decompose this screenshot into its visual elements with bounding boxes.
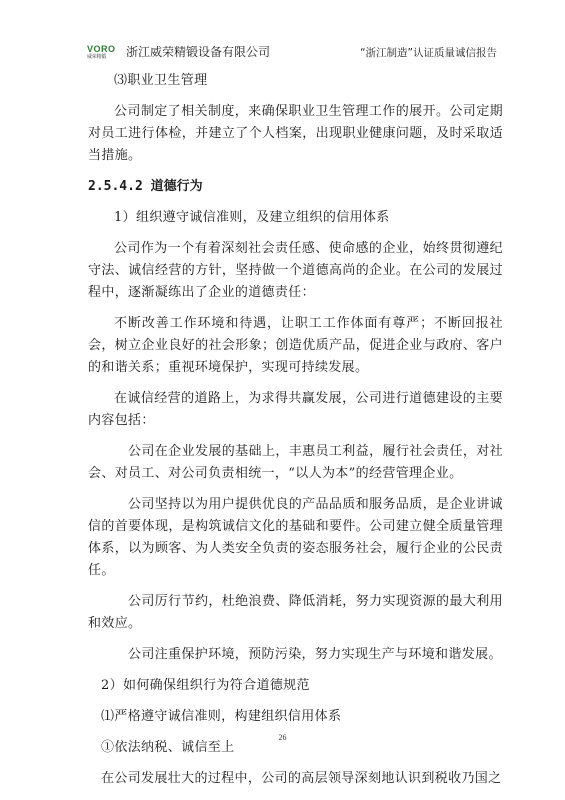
section-heading: 2.5.4.2 道德行为	[88, 176, 503, 198]
section-title: 道德行为	[151, 179, 203, 194]
paragraph: 不断改善工作环境和待遇，让职工工作体面有尊严；不断回报社会，树立企业良好的社会形…	[88, 313, 503, 379]
page-header: VORO 威荣精锻 浙江威荣精锻设备有限公司 “浙江制造”认证质量诚信报告	[87, 38, 507, 60]
subsection-title: 2）如何确保组织行为符合道德规范	[88, 675, 503, 697]
paragraph: 公司在企业发展的基础上，丰惠员工利益，履行社会责任，对社会、对员工、对公司负责相…	[88, 441, 503, 485]
paragraph: 公司坚持以为用户提供优良的产品品质和服务品质，是企业讲诚信的首要体现，是构筑诚信…	[88, 494, 503, 582]
paragraph: 公司厉行节约，杜绝浪费、降低消耗，努力实现资源的最大利用和效应。	[88, 591, 503, 635]
document-body: ⑶职业卫生管理 公司制定了相关制度，来确保职业卫生管理工作的展开。公司定期对员工…	[88, 70, 503, 799]
paragraph: 公司注重保护环境，预防污染，努力实现生产与环境和谐发展。	[88, 644, 503, 666]
paragraph: 公司制定了相关制度，来确保职业卫生管理工作的展开。公司定期对员工进行体检，并建立…	[88, 101, 503, 167]
section-number: 2.5.4.2	[88, 179, 143, 194]
logo-wordmark: VORO	[87, 45, 116, 54]
company-name: 浙江威荣精锻设备有限公司	[126, 43, 270, 60]
subsection-title: 1）组织遵守诚信准则，及建立组织的信用体系	[88, 207, 503, 229]
company-logo: VORO 威荣精锻	[87, 45, 123, 60]
page-number: 26	[0, 733, 565, 742]
paragraph: 在诚信经营的道路上，为求得共赢发展，公司进行道德建设的主要内容包括：	[88, 388, 503, 432]
paragraph: 在公司发展壮大的过程中，公司的高层领导深刻地认识到税收乃国之	[88, 768, 503, 790]
logo-subtitle: 威荣精锻	[87, 55, 106, 60]
report-title: “浙江制造”认证质量诚信报告	[360, 45, 497, 60]
subsection-occupational-health: ⑶职业卫生管理	[88, 70, 503, 92]
document-page: VORO 威荣精锻 浙江威荣精锻设备有限公司 “浙江制造”认证质量诚信报告 ⑶职…	[0, 0, 565, 800]
paragraph: 公司作为一个有着深刻社会责任感、使命感的企业，始终贯彻遵纪守法、诚信经营的方针，…	[88, 238, 503, 304]
list-item: ⑴严格遵守诚信准则，构建组织信用体系	[88, 706, 503, 728]
